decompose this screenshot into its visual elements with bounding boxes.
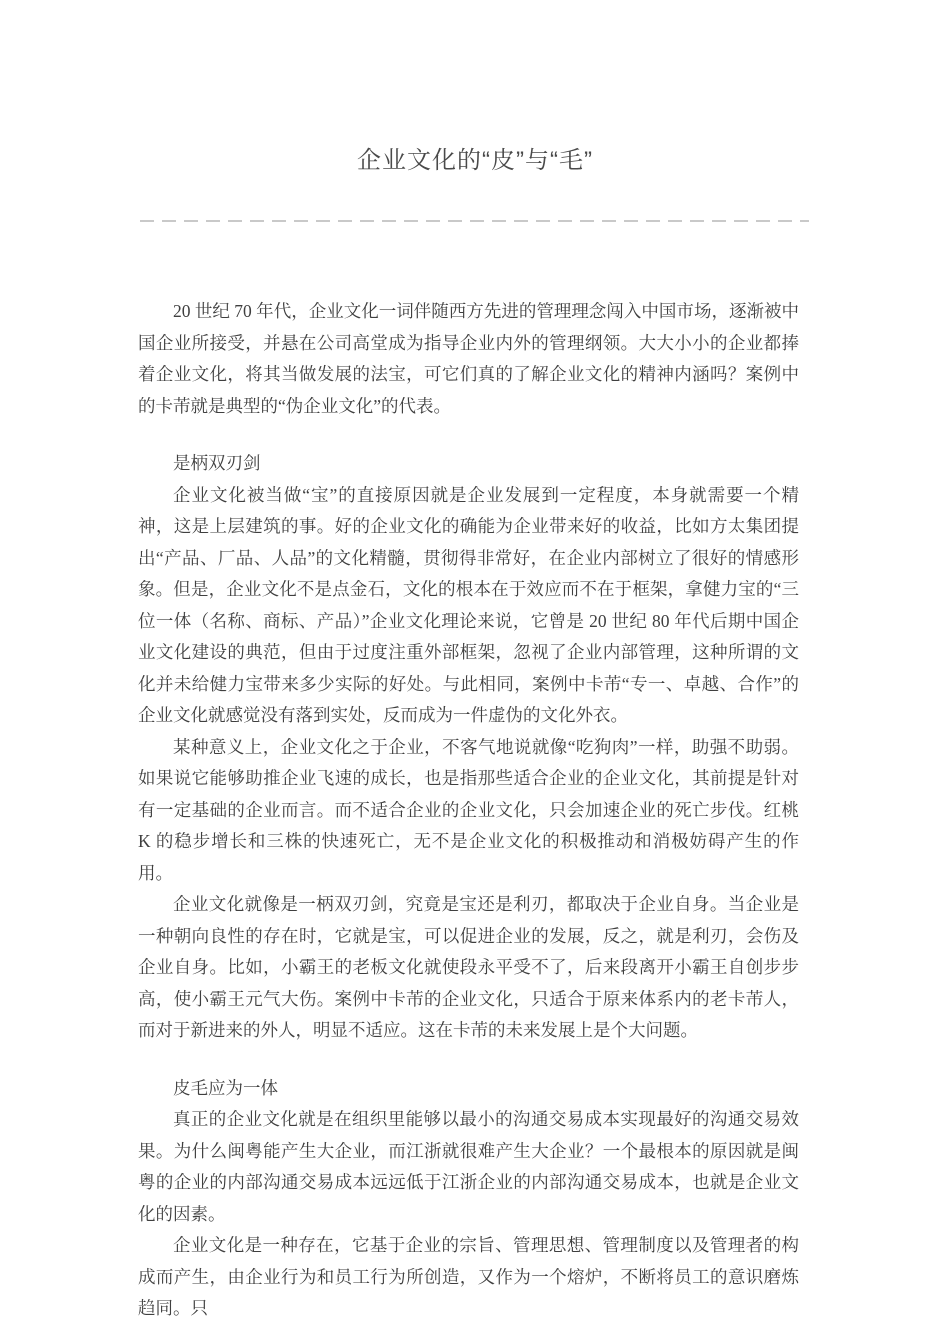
intro-paragraph: 20 世纪 70 年代，企业文化一词伴随西方先进的管理理念闯入中国市场，逐渐被中…	[138, 296, 799, 422]
article-body: 20 世纪 70 年代，企业文化一词伴随西方先进的管理理念闯入中国市场，逐渐被中…	[138, 296, 799, 1325]
title-divider-dashed-line	[140, 220, 809, 222]
paragraph: 真正的企业文化就是在组织里能够以最小的沟通交易成本实现最好的沟通交易效果。为什么…	[138, 1104, 799, 1230]
paragraph: 企业文化被当做“宝”的直接原因就是企业发展到一定程度，本身就需要一个精神，这是上…	[138, 480, 799, 732]
section-heading-skin-and-hair: 皮毛应为一体	[138, 1073, 799, 1105]
paragraph: 某种意义上，企业文化之于企业，不客气地说就像“吃狗肉”一样，助强不助弱。如果说它…	[138, 732, 799, 890]
paragraph: 企业文化是一种存在，它基于企业的宗旨、管理思想、管理制度以及管理者的构成而产生，…	[138, 1230, 799, 1325]
section-heading-double-edged-sword: 是柄双刃剑	[138, 448, 799, 480]
page-title: 企业文化的“皮”与“毛”	[0, 140, 950, 175]
paragraph: 企业文化就像是一柄双刃剑，究竟是宝还是利刃，都取决于企业自身。当企业是一种朝向良…	[138, 889, 799, 1047]
document-page: 企业文化的“皮”与“毛” 20 世纪 70 年代，企业文化一词伴随西方先进的管理…	[0, 0, 950, 1344]
